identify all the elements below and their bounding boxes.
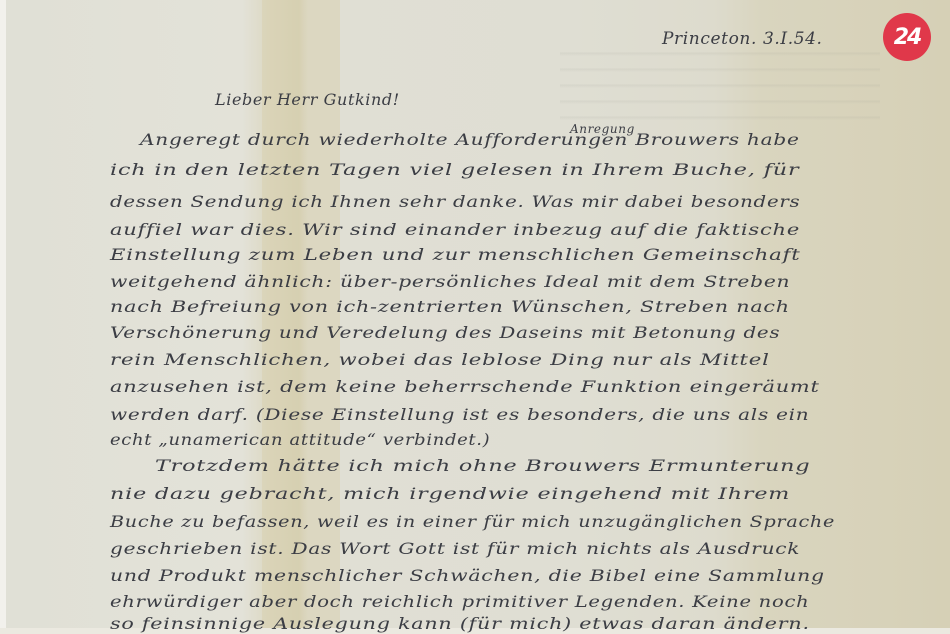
badge-label: 24	[894, 25, 921, 50]
letter-line: ich in den letzten Tagen viel gelesen in…	[110, 160, 799, 179]
letter-line: echt „unamerican attitude“ verbindet.)	[110, 430, 490, 449]
letter-line: nie dazu gebracht, mich irgendwie eingeh…	[110, 484, 790, 503]
letter-line: Trotzdem hätte ich mich ohne Brouwers Er…	[155, 456, 810, 475]
letter-line: Angeregt durch wiederholte Aufforderunge…	[140, 130, 800, 149]
letter-line: weitgehend ähnlich: über-persönliches Id…	[110, 272, 790, 291]
letter-line: so feinsinnige Auslegung kann (für mich)…	[110, 614, 810, 633]
bleed-through-text	[560, 40, 880, 120]
letter-line: ehrwürdiger aber doch reichlich primitiv…	[110, 592, 809, 611]
letter-salutation: Lieber Herr Gutkind!	[215, 90, 400, 109]
letter-line: Verschönerung und Veredelung des Daseins…	[110, 323, 780, 342]
letter-line: auffiel war dies. Wir sind einander inbe…	[110, 220, 800, 239]
letter-dateline: Princeton. 3.I.54.	[662, 29, 823, 49]
letter-line: werden darf. (Diese Einstellung ist es b…	[110, 405, 809, 424]
letter-line: Einstellung zum Leben und zur menschlich…	[110, 245, 801, 264]
letter-line: geschrieben ist. Das Wort Gott ist für m…	[110, 539, 800, 558]
letter-line: Buche zu befassen, weil es in einer für …	[110, 512, 835, 531]
channel-24-logo-badge: 24	[883, 13, 931, 61]
letter-line: rein Menschlichen, wobei das leblose Din…	[110, 350, 770, 369]
letter-line: anzusehen ist, dem keine beherrschende F…	[110, 377, 820, 396]
letter-line: nach Befreiung von ich-zentrierten Wünsc…	[110, 297, 790, 316]
letter-line: dessen Sendung ich Ihnen sehr danke. Was…	[110, 192, 800, 211]
letter-line: und Produkt menschlicher Schwächen, die …	[110, 566, 825, 585]
